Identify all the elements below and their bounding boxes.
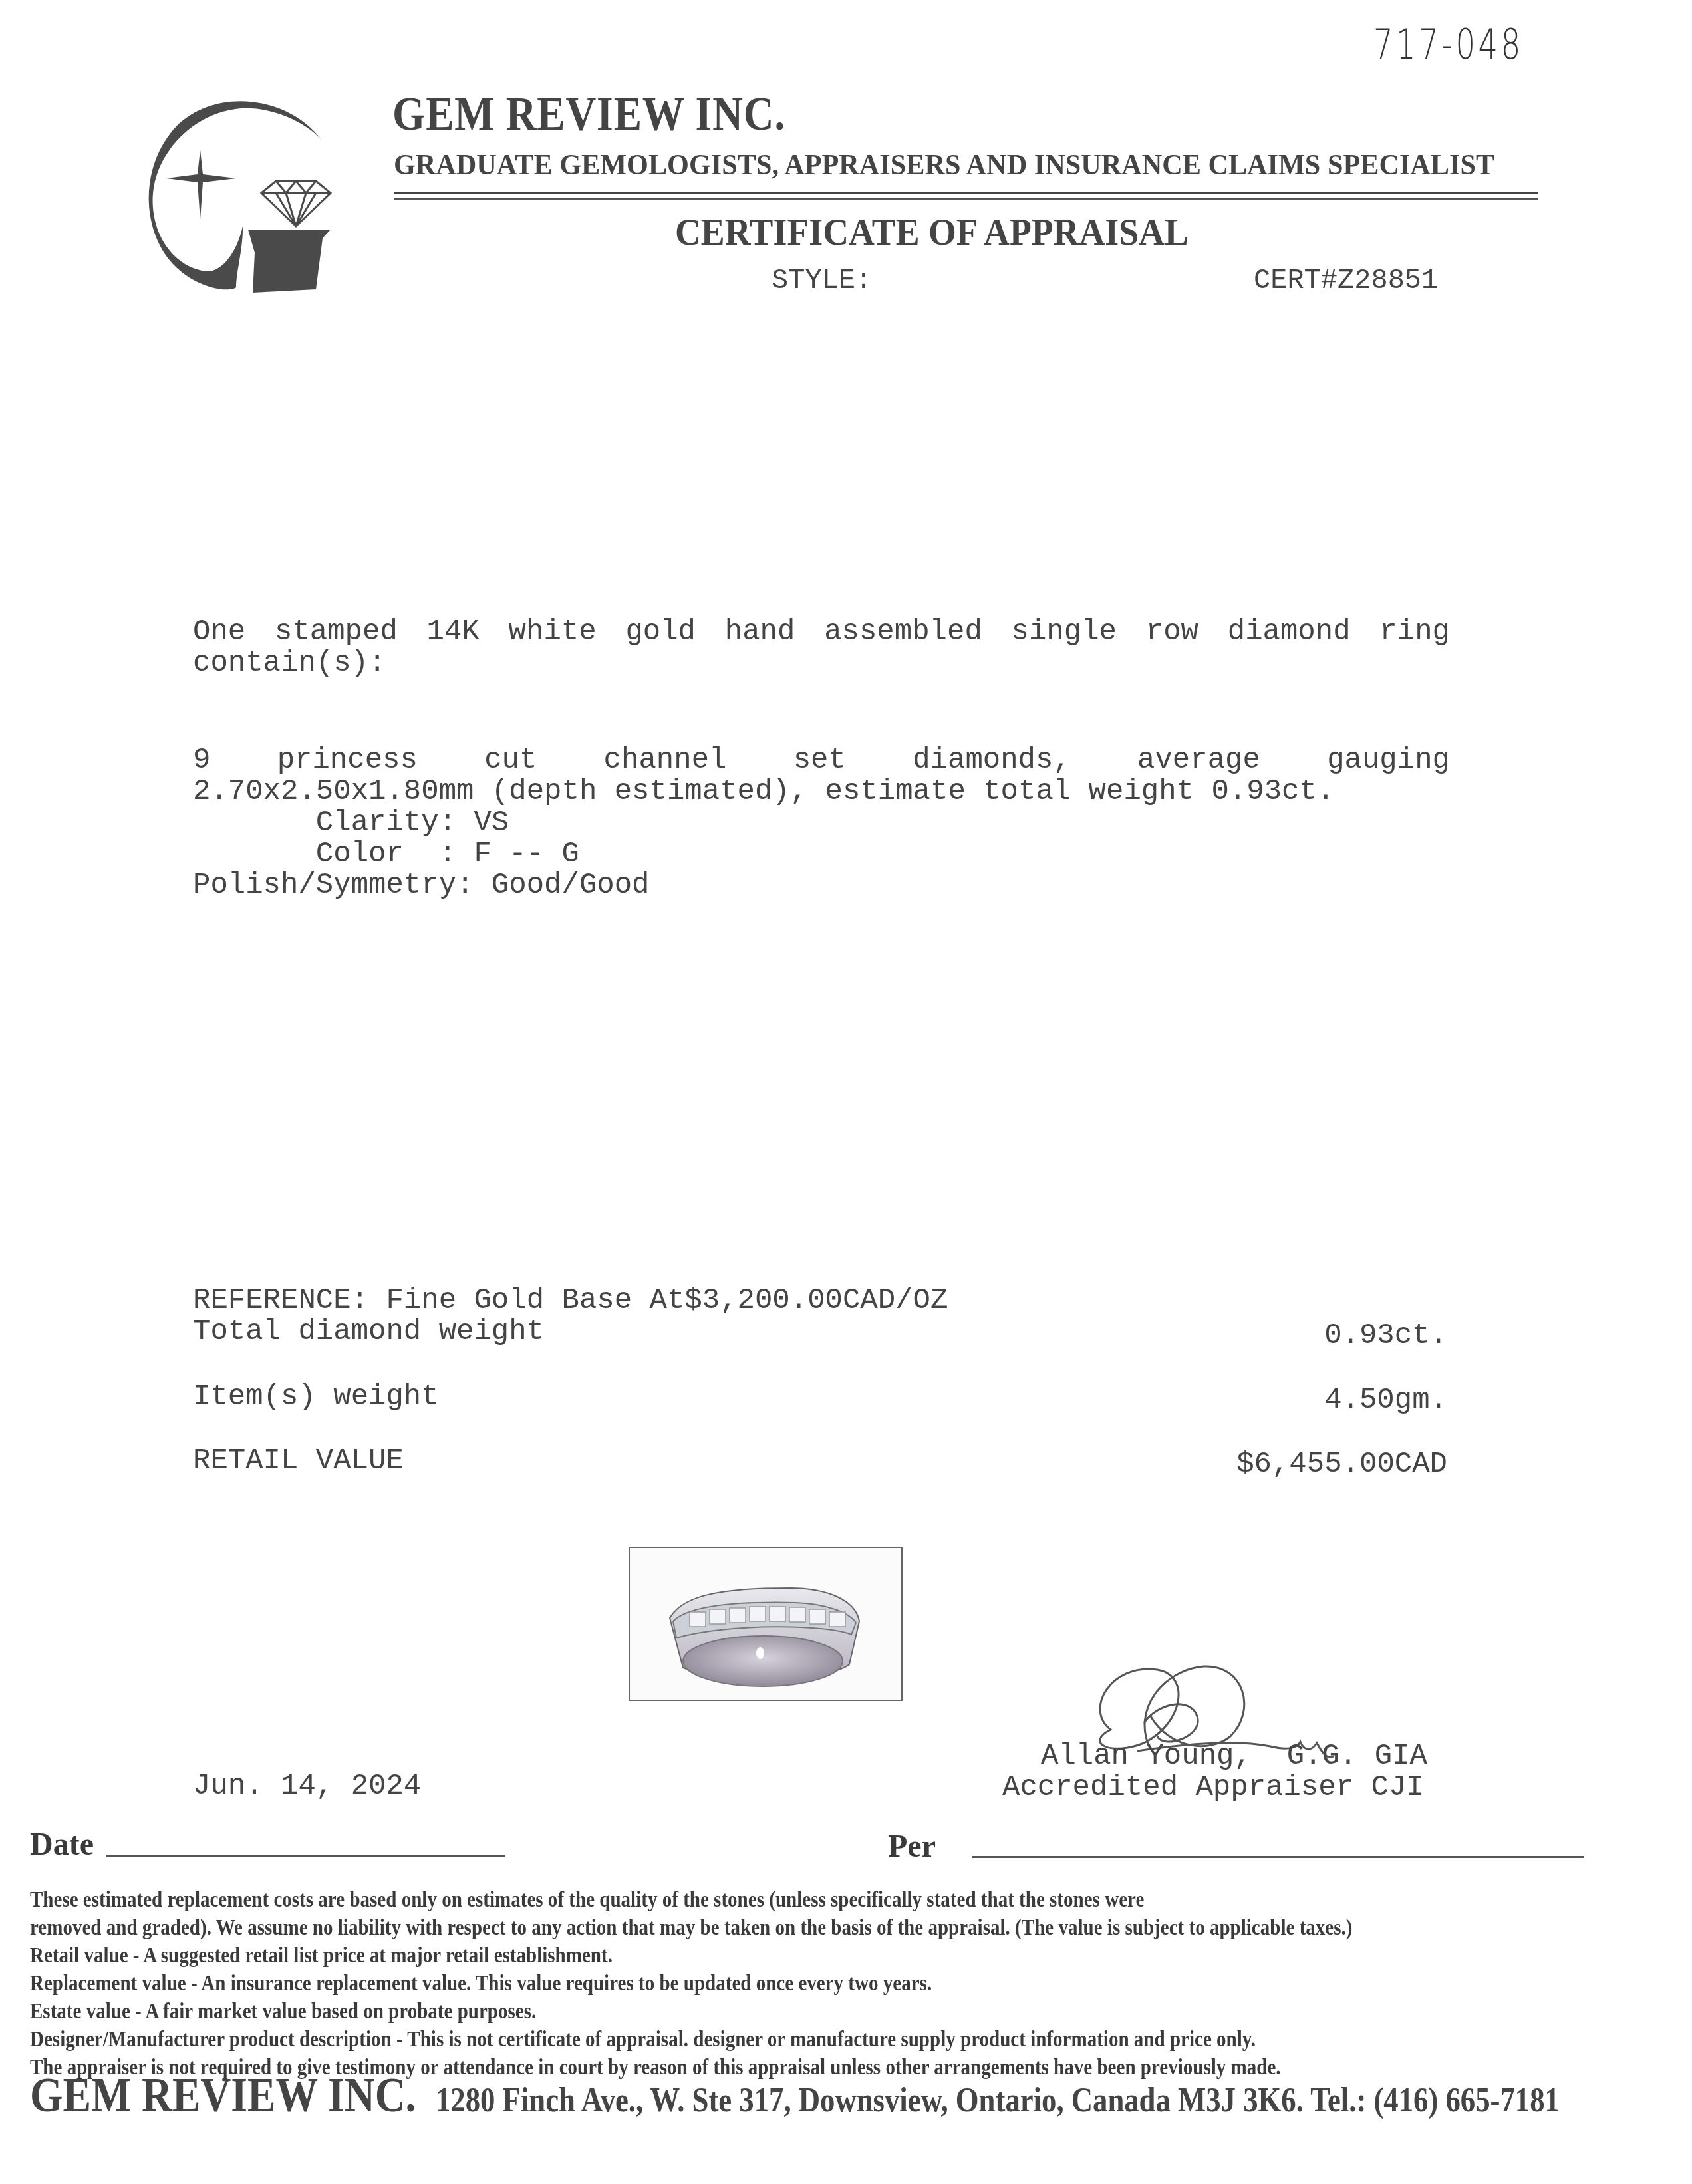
disclaimer-line: Designer/Manufacturer product descriptio…	[30, 2028, 1256, 2052]
word: white	[509, 615, 597, 649]
per-field-line[interactable]	[972, 1856, 1584, 1858]
appraisal-date: Jun. 14, 2024	[193, 1770, 421, 1803]
style-label: STYLE:	[772, 265, 872, 297]
disclaimer-line: Estate value - A fair market value based…	[30, 2000, 536, 2024]
handwritten-reference-number: 717-048	[1373, 20, 1524, 69]
word: average	[1137, 744, 1260, 777]
word: 14K	[427, 615, 480, 649]
word: set	[793, 744, 846, 777]
color-grade: Color : F -- G	[193, 838, 579, 871]
document-title: CERTIFICATE OF APPRAISAL	[675, 212, 1189, 254]
word: single	[1012, 615, 1117, 649]
word: 9	[193, 744, 210, 777]
date-label: Date	[30, 1826, 94, 1863]
word: stamped	[275, 615, 398, 649]
word: gauging	[1327, 744, 1450, 777]
company-name: GEM REVIEW INC.	[392, 86, 785, 142]
item-description-line-2: contain(s):	[193, 647, 386, 680]
disclaimer-line: removed and graded). We assume no liabil…	[30, 1916, 1352, 1941]
clarity: Clarity: VS	[193, 806, 509, 840]
disclaimer-line: Replacement value - An insurance replace…	[30, 1972, 932, 1996]
word: channel	[604, 744, 727, 777]
polish-symmetry: Polish/Symmetry: Good/Good	[193, 869, 650, 902]
stones-description-line-1: 9 princess cut channel set diamonds, ave…	[193, 744, 1450, 777]
date-field-line[interactable]	[106, 1855, 505, 1857]
word: ring	[1379, 615, 1450, 649]
total-diamond-weight-label: Total diamond weight	[193, 1315, 544, 1348]
appraiser-title: Accredited Appraiser CJI	[1002, 1771, 1424, 1804]
company-tagline: GRADUATE GEMOLOGISTS, APPRAISERS AND INS…	[394, 148, 1494, 182]
ring-photo	[629, 1547, 903, 1701]
header-divider-thin	[394, 198, 1538, 200]
word: princess	[277, 744, 418, 777]
header-divider	[394, 192, 1538, 194]
word: cut	[484, 744, 537, 777]
footer-address: 1280 Finch Ave., W. Ste 317, Downsview, …	[436, 2081, 1560, 2120]
word: assembled	[824, 615, 982, 649]
word: One	[193, 615, 245, 649]
disclaimer-line: These estimated replacement costs are ba…	[30, 1888, 1144, 1913]
g-diamond-star-logo-icon	[136, 93, 336, 293]
retail-value-amount: $6,455.00CAD	[1236, 1448, 1447, 1481]
item-description-line-1: One stamped 14K white gold hand assemble…	[193, 615, 1450, 649]
ring-photo-icon	[630, 1548, 901, 1700]
reference-gold-base: REFERENCE: Fine Gold Base At$3,200.00CAD…	[193, 1284, 948, 1317]
item-weight-label: Item(s) weight	[193, 1380, 439, 1414]
cert-number: CERT#Z28851	[1254, 265, 1438, 297]
stones-description-line-2: 2.70x2.50x1.80mm (depth estimated), esti…	[193, 775, 1334, 808]
total-diamond-weight-value: 0.93ct.	[1324, 1319, 1447, 1352]
retail-value-label: RETAIL VALUE	[193, 1444, 404, 1478]
word: diamond	[1228, 615, 1351, 649]
item-weight-value: 4.50gm.	[1324, 1384, 1447, 1417]
per-label: Per	[888, 1828, 936, 1865]
word: hand	[725, 615, 795, 649]
disclaimer-line: Retail value - A suggested retail list p…	[30, 1944, 613, 1968]
word: diamonds,	[913, 744, 1071, 777]
word: gold	[625, 615, 696, 649]
appraiser-name: Allan Young, G.G. GIA	[1041, 1740, 1427, 1773]
word: row	[1146, 615, 1198, 649]
footer-company-name: GEM REVIEW INC.	[30, 2068, 416, 2124]
